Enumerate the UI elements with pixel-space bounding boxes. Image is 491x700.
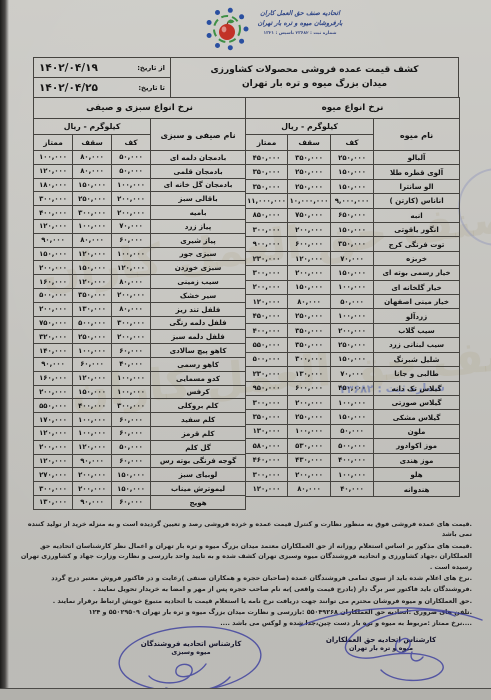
table-row: گیلاس تک دانه ۴۵۰,۰۰۰ ۶۰۰,۰۰۰ ۹۵۰,۰۰۰ <box>246 381 460 395</box>
veg-ceiling-cell: ۸۰,۰۰۰ <box>73 164 112 178</box>
veg-floor-cell: ۱۲۰,۰۰۰ <box>112 261 151 275</box>
fruit-premium-cell: ۳۰۰,۰۰۰ <box>246 467 288 481</box>
table-row: کاهو رسمی ۴۰,۰۰۰ ۶۰,۰۰۰ ۹۰,۰۰۰ <box>34 357 246 371</box>
veg-floor-cell: ۲۰۰,۰۰۰ <box>112 330 151 344</box>
table-row: هندوانه ۴۰,۰۰۰ ۸۰,۰۰۰ ۱۲۰,۰۰۰ <box>246 482 460 497</box>
fruit-floor-cell: ۱۵۰,۰۰۰ <box>331 223 374 237</box>
fruit-ceiling-cell: ۵۳۰,۰۰۰ <box>288 439 331 453</box>
veg-table-body: بادمجان دلمه ای ۵۰,۰۰۰ ۸۰,۰۰۰ ۱۰۰,۰۰۰ با… <box>34 151 246 510</box>
table-row: پیاز زرد ۷۰,۰۰۰ ۱۰۰,۰۰۰ ۱۲۰,۰۰۰ <box>34 219 246 233</box>
veg-premium-cell: ۳۲۰,۰۰۰ <box>34 330 73 344</box>
fruit-premium-cell: ۲۳۰,۰۰۰ <box>246 367 288 381</box>
veg-premium-cell: ۱۷۰,۰۰۰ <box>34 413 73 427</box>
scanned-price-list-document: اتحادیه صنف حق العمل کاران اتحادیه صنف ح… <box>0 0 491 700</box>
veg-ceiling-cell: ۳۵۰,۰۰۰ <box>73 288 112 302</box>
veg-section-title: نرخ انواع سبزی و صیفی <box>34 98 246 119</box>
fruit-premium-cell: ۲۳۰,۰۰۰ <box>246 251 288 265</box>
table-row: لوبیای سبز ۱۵۰,۰۰۰ ۲۰۰,۰۰۰ ۲۷۰,۰۰۰ <box>34 468 246 482</box>
fruit-name-cell: موز اکوادور <box>374 439 460 453</box>
veg-ceiling-cell: ۹۰,۰۰۰ <box>73 495 112 509</box>
veg-floor-cell: ۴۰,۰۰۰ <box>112 357 151 371</box>
veg-ceiling-cell: ۵۰۰,۰۰۰ <box>73 316 112 330</box>
to-date-cell: تا تاریخ: ۱۴۰۲/۰۴/۲۵ <box>33 77 171 98</box>
fruit-floor-cell: ۱۵۰,۰۰۰ <box>331 179 374 193</box>
veg-ceiling-cell: ۱۵۰,۰۰۰ <box>73 261 112 275</box>
veg-floor-cell: ۶۰,۰۰۰ <box>112 495 151 509</box>
table-row: کلم بروکلی ۳۰۰,۰۰۰ ۴۰۰,۰۰۰ ۵۵۰,۰۰۰ <box>34 399 246 413</box>
fruit-premium-cell: ۴۵۰,۰۰۰ <box>246 151 288 165</box>
table-row: بادمجان گل خانه ای ۱۰۰,۰۰۰ ۱۵۰,۰۰۰ ۱۸۰,۰… <box>34 178 246 192</box>
veg-premium-cell: ۵۰۰,۰۰۰ <box>34 288 73 302</box>
fruit-floor-cell: ۱۵۰,۰۰۰ <box>331 410 374 424</box>
fruit-section-title: نرخ انواع میوه <box>246 98 460 119</box>
veg-floor-cell: ۱۰۰,۰۰۰ <box>112 385 151 399</box>
table-row: باقالی سبز ۲۰۰,۰۰۰ ۲۵۰,۰۰۰ ۳۰۰,۰۰۰ <box>34 192 246 206</box>
veg-ceiling-cell: ۲۰۰,۰۰۰ <box>73 482 112 496</box>
fruit-floor-cell: ۱۵۰,۰۰۰ <box>331 165 374 179</box>
veg-name-cell: کرفس <box>151 385 246 399</box>
fruit-name-cell: خربزه <box>374 251 460 265</box>
veg-floor-cell: ۱۰۰,۰۰۰ <box>112 371 151 385</box>
fruit-col-floor: کف <box>331 135 374 151</box>
fruit-ceiling-cell: ۱۰,۰۰۰,۰۰۰ <box>288 194 331 208</box>
fruit-premium-cell: ۵۵۰,۰۰۰ <box>246 338 288 352</box>
fruit-floor-cell: ۱۰۰,۰۰۰ <box>331 395 374 409</box>
veg-premium-cell: ۱۵۰,۰۰۰ <box>34 247 73 261</box>
fruit-unit-header: کیلوگرم - ریال <box>246 119 374 135</box>
fruit-ceiling-cell: ۱۵۰,۰۰۰ <box>288 280 331 294</box>
fruit-name-header: نام میوه <box>374 119 460 151</box>
veg-floor-cell: ۵۰,۰۰۰ <box>112 164 151 178</box>
veg-premium-cell: ۹۰,۰۰۰ <box>34 233 73 247</box>
table-row: لیموترش میناب ۱۵۰,۰۰۰ ۲۰۰,۰۰۰ ۳۰۰,۰۰۰ <box>34 482 246 496</box>
table-row: سبزی خوردن ۱۲۰,۰۰۰ ۱۵۰,۰۰۰ ۲۰۰,۰۰۰ <box>34 261 246 275</box>
veg-floor-cell: ۵۰,۰۰۰ <box>112 440 151 454</box>
fruit-name-cell: ملون <box>374 424 460 438</box>
veg-premium-cell: ۱۶۰,۰۰۰ <box>34 275 73 289</box>
union-logo-icon <box>203 5 251 53</box>
veg-name-cell: فلفل تند ریز <box>151 302 246 316</box>
fruit-name-cell: هلو <box>374 467 460 481</box>
veg-premium-cell: ۱۲۰,۰۰۰ <box>34 454 73 468</box>
vegetable-price-table: نرخ انواع سبزی و صیفی نام صیفی و سبزی کی… <box>33 97 246 510</box>
veg-premium-cell: ۲۰۰,۰۰۰ <box>34 261 73 275</box>
veg-name-cell: هویج <box>151 495 246 509</box>
fruit-table-header: نرخ انواع میوه نام میوه کیلوگرم - ریال ک… <box>246 98 460 151</box>
fruit-name-cell: موز هندی <box>374 453 460 467</box>
table-row: گوجه فرنگی بوته رس ۶۰,۰۰۰ ۹۰,۰۰۰ ۱۲۰,۰۰۰ <box>34 454 246 468</box>
signature-title: کارشناس اتحادیه حق العملکاران <box>318 636 444 644</box>
veg-premium-cell: ۳۰۰,۰۰۰ <box>34 482 73 496</box>
from-date-cell: از تاریخ: ۱۴۰۲/۰۴/۱۹ <box>33 57 171 78</box>
fruit-name-cell: گیلاس مشکی <box>374 410 460 424</box>
fruit-premium-cell: ۳۰۰,۰۰۰ <box>246 266 288 280</box>
veg-name-cell: کلم قرمز <box>151 426 246 440</box>
fruit-name-cell: الو سانترا <box>374 179 460 193</box>
footnote-line: .فروشندگان باید فاکتور سر برگ دار (بادرج… <box>20 584 472 594</box>
veg-floor-cell: ۶۰,۰۰۰ <box>112 426 151 440</box>
fruit-price-table: نرخ انواع میوه نام میوه کیلوگرم - ریال ک… <box>245 97 460 497</box>
scan-left-edge <box>0 0 9 700</box>
veg-floor-cell: ۱۵۰,۰۰۰ <box>112 482 151 496</box>
veg-ceiling-cell: ۱۲۰,۰۰۰ <box>73 440 112 454</box>
veg-ceiling-cell: ۴۰۰,۰۰۰ <box>73 399 112 413</box>
title-line2: میدان بزرگ میوه و تره بار تهران <box>242 78 387 92</box>
fruit-ceiling-cell: ۶۰۰,۰۰۰ <box>288 381 331 395</box>
veg-floor-cell: ۸۰,۰۰۰ <box>112 275 151 289</box>
footnote-line: .قیمت های عمده فروشی فوق به منظور نظارت … <box>20 519 472 540</box>
fruit-premium-cell: ۱۳۰,۰۰۰ <box>246 424 288 438</box>
veg-ceiling-cell: ۱۰۰,۰۰۰ <box>73 413 112 427</box>
veg-floor-cell: ۳۰۰,۰۰۰ <box>112 316 151 330</box>
table-row: الو سانترا ۱۵۰,۰۰۰ ۲۵۰,۰۰۰ ۳۵۰,۰۰۰ <box>246 179 460 193</box>
fruit-floor-cell: ۲۵۰,۰۰۰ <box>331 338 374 352</box>
fruit-premium-cell: ۴۶۰,۰۰۰ <box>246 453 288 467</box>
fruit-ceiling-cell: ۲۵۰,۰۰۰ <box>288 165 331 179</box>
table-row: سیب لبنانی زرد ۲۵۰,۰۰۰ ۳۵۰,۰۰۰ ۵۵۰,۰۰۰ <box>246 338 460 352</box>
footnote-line: .تلفن های ضروری :اتحادیه حق العملکاران ۵… <box>20 607 472 617</box>
fruit-floor-cell: ۳۵۰,۰۰۰ <box>331 237 374 251</box>
fruit-name-cell: خیار رسمی بوته ای <box>374 266 460 280</box>
fruit-ceiling-cell: ۶۰۰,۰۰۰ <box>288 237 331 251</box>
fruit-premium-cell: ۳۵۰,۰۰۰ <box>246 179 288 193</box>
veg-floor-cell: ۸۰,۰۰۰ <box>112 302 151 316</box>
footnote-line: .قیمت های مذکور بر اساس استعلام روزانه ا… <box>20 541 472 572</box>
fruit-name-cell: گیلاس صورتی <box>374 395 460 409</box>
fruit-name-cell: آلبالو <box>374 151 460 165</box>
veg-floor-cell: ۷۰,۰۰۰ <box>112 219 151 233</box>
veg-name-cell: لوبیای سبز <box>151 468 246 482</box>
fruit-name-cell: شلیل شبرنگ <box>374 352 460 366</box>
from-date-label: از تاریخ: <box>137 64 165 72</box>
union-name-line2: بارفروشان میوه و تره بار تهران <box>252 19 348 29</box>
table-row: فلفل دلمه سبز ۲۰۰,۰۰۰ ۲۵۰,۰۰۰ ۳۲۰,۰۰۰ <box>34 330 246 344</box>
fruit-ceiling-cell: ۳۵۰,۰۰۰ <box>288 323 331 337</box>
table-row: انگور یاقوتی ۱۵۰,۰۰۰ ۲۰۰,۰۰۰ ۳۰۰,۰۰۰ <box>246 223 460 237</box>
union-registration-line: شماره ثبت : ۲۳۶۸۲ تاسیس : ۱۳۲۱ <box>252 31 348 38</box>
table-row: آلوی قطره طلا ۱۵۰,۰۰۰ ۲۵۰,۰۰۰ ۳۵۰,۰۰۰ <box>246 165 460 179</box>
veg-ceiling-cell: ۱۲۰,۰۰۰ <box>73 371 112 385</box>
veg-premium-cell: ۱۰۰,۰۰۰ <box>34 151 73 165</box>
table-row: آلبالو ۲۵۰,۰۰۰ ۳۵۰,۰۰۰ ۴۵۰,۰۰۰ <box>246 151 460 165</box>
table-row: سیر خشک ۲۰۰,۰۰۰ ۳۵۰,۰۰۰ ۵۰۰,۰۰۰ <box>34 288 246 302</box>
fruit-floor-cell: ۲۰۰,۰۰۰ <box>331 323 374 337</box>
veg-ceiling-cell: ۸۰,۰۰۰ <box>73 233 112 247</box>
veg-premium-cell: ۹۰,۰۰۰ <box>34 357 73 371</box>
fruit-ceiling-cell: ۱۰۰,۰۰۰ <box>288 424 331 438</box>
footnote-line: .نرخ های اعلام شده باید از سوی تمامی فرو… <box>20 573 472 583</box>
veg-floor-cell: ۶۰,۰۰۰ <box>112 454 151 468</box>
fruit-col-ceiling: سقف <box>288 135 331 151</box>
veg-floor-cell: ۱۵۰,۰۰۰ <box>112 468 151 482</box>
table-row: گیلاس مشکی ۱۵۰,۰۰۰ ۲۵۰,۰۰۰ ۳۵۰,۰۰۰ <box>246 410 460 424</box>
veg-name-cell: پیاز شیری <box>151 233 246 247</box>
veg-col-premium: ممتاز <box>34 135 73 151</box>
table-row: موز هندی ۴۰۰,۰۰۰ ۴۳۰,۰۰۰ ۴۶۰,۰۰۰ <box>246 453 460 467</box>
from-date-value: ۱۴۰۲/۰۴/۱۹ <box>39 62 98 74</box>
table-row: سبزی جور ۱۰۰,۰۰۰ ۱۲۰,۰۰۰ ۱۵۰,۰۰۰ <box>34 247 246 261</box>
veg-premium-cell: ۲۰۰,۰۰۰ <box>34 440 73 454</box>
table-row: کلم قرمز ۶۰,۰۰۰ ۱۰۰,۰۰۰ ۱۲۰,۰۰۰ <box>34 426 246 440</box>
fruit-premium-cell: ۳۵۰,۰۰۰ <box>246 165 288 179</box>
table-row: خیار مینی اصفهان ۵۰,۰۰۰ ۸۰,۰۰۰ ۱۲۰,۰۰۰ <box>246 295 460 309</box>
veg-floor-cell: ۵۰,۰۰۰ <box>112 151 151 165</box>
signature-subtitle: میوه وسبزی <box>128 648 254 656</box>
fruit-ceiling-cell: ۲۰۰,۰۰۰ <box>288 467 331 481</box>
veg-name-cell: بادمجان قلمی <box>151 164 246 178</box>
veg-premium-cell: ۲۰۰,۰۰۰ <box>34 385 73 399</box>
footnote-line: .حق العملکاران و میوه فروشان محترم می تو… <box>20 596 472 606</box>
table-row: هویج ۶۰,۰۰۰ ۹۰,۰۰۰ ۱۳۰,۰۰۰ <box>34 495 246 509</box>
veg-premium-cell: ۵۵۰,۰۰۰ <box>34 399 73 413</box>
veg-premium-cell: ۱۳۰,۰۰۰ <box>34 495 73 509</box>
table-row: شلیل شبرنگ ۱۵۰,۰۰۰ ۳۰۰,۰۰۰ ۵۰۰,۰۰۰ <box>246 352 460 366</box>
veg-floor-cell: ۶۰,۰۰۰ <box>112 233 151 247</box>
table-row: بادمجان قلمی ۵۰,۰۰۰ ۸۰,۰۰۰ ۱۲۰,۰۰۰ <box>34 164 246 178</box>
title-line1: کشف قیمت عمده فروشی محصولات کشاورزی <box>211 64 419 78</box>
fruit-floor-cell: ۵۰,۰۰۰ <box>331 424 374 438</box>
veg-floor-cell: ۶۰,۰۰۰ <box>112 344 151 358</box>
to-date-value: ۱۴۰۲/۰۴/۲۵ <box>39 82 98 94</box>
fruit-premium-cell: ۴۰۰,۰۰۰ <box>246 323 288 337</box>
veg-ceiling-cell: ۱۲۰,۰۰۰ <box>73 275 112 289</box>
to-date-label: تا تاریخ: <box>138 84 165 92</box>
table-row: طالبی و جانا ۷۰,۰۰۰ ۱۳۰,۰۰۰ ۲۳۰,۰۰۰ <box>246 367 460 381</box>
fruit-floor-cell: ۴۰۰,۰۰۰ <box>331 453 374 467</box>
veg-ceiling-cell: ۱۰۰,۰۰۰ <box>73 344 112 358</box>
fruit-name-cell: گیلاس تک دانه <box>374 381 460 395</box>
veg-ceiling-cell: ۶۰,۰۰۰ <box>73 357 112 371</box>
fruit-ceiling-cell: ۴۳۰,۰۰۰ <box>288 453 331 467</box>
table-row: کدو مسمایی ۱۰۰,۰۰۰ ۱۲۰,۰۰۰ ۱۶۰,۰۰۰ <box>34 371 246 385</box>
fruit-name-cell: خیار مینی اصفهان <box>374 295 460 309</box>
fruit-ceiling-cell: ۷۵۰,۰۰۰ <box>288 208 331 222</box>
table-row: کرفس ۱۰۰,۰۰۰ ۱۵۰,۰۰۰ ۲۰۰,۰۰۰ <box>34 385 246 399</box>
veg-name-cell: کاهو رسمی <box>151 357 246 371</box>
fruit-col-premium: ممتاز <box>246 135 288 151</box>
fruit-premium-cell: ۱۲۰,۰۰۰ <box>246 482 288 497</box>
veg-floor-cell: ۲۰۰,۰۰۰ <box>112 192 151 206</box>
veg-name-cell: باقالی سبز <box>151 192 246 206</box>
veg-floor-cell: ۱۰۰,۰۰۰ <box>112 178 151 192</box>
table-row: اناناس (کارتن ) ۹,۰۰۰,۰۰۰ ۱۰,۰۰۰,۰۰۰ ۱۱,… <box>246 194 460 208</box>
fruit-name-cell: خیار گلخانه ای <box>374 280 460 294</box>
union-logo-text: اتحادیه صنف حق العمل کاران بارفروشان میو… <box>252 9 348 38</box>
fruit-name-cell: آلوی قطره طلا <box>374 165 460 179</box>
fruit-ceiling-cell: ۲۵۰,۰۰۰ <box>288 309 331 323</box>
fruit-floor-cell: ۶۵۰,۰۰۰ <box>331 208 374 222</box>
veg-name-cell: لیموترش میناب <box>151 482 246 496</box>
fruit-floor-cell: ۵۰,۰۰۰ <box>331 295 374 309</box>
veg-ceiling-cell: ۱۳۰,۰۰۰ <box>73 302 112 316</box>
veg-floor-cell: ۱۰۰,۰۰۰ <box>112 247 151 261</box>
table-row: خربزه ۷۰,۰۰۰ ۱۲۰,۰۰۰ ۲۳۰,۰۰۰ <box>246 251 460 265</box>
fruit-premium-cell: ۴۵۰,۰۰۰ <box>246 309 288 323</box>
veg-name-cell: گوجه فرنگی بوته رس <box>151 454 246 468</box>
veg-name-cell: فلفل دلمه رنگی <box>151 316 246 330</box>
veg-premium-cell: ۱۲۰,۰۰۰ <box>34 219 73 233</box>
fruit-name-cell: اناناس (کارتن ) <box>374 194 460 208</box>
table-row: بامیه ۲۰۰,۰۰۰ ۳۰۰,۰۰۰ ۴۰۰,۰۰۰ <box>34 206 246 220</box>
scan-bottom-edge <box>0 688 491 700</box>
fruit-floor-cell: ۴۰,۰۰۰ <box>331 482 374 497</box>
veg-floor-cell: ۶۰,۰۰۰ <box>112 413 151 427</box>
veg-name-cell: کلم بروکلی <box>151 399 246 413</box>
fruit-floor-cell: ۷۰,۰۰۰ <box>331 367 374 381</box>
table-row: فلفل دلمه رنگی ۳۰۰,۰۰۰ ۵۰۰,۰۰۰ ۷۵۰,۰۰۰ <box>34 316 246 330</box>
veg-floor-cell: ۲۰۰,۰۰۰ <box>112 288 151 302</box>
fruit-premium-cell: ۹۰۰,۰۰۰ <box>246 237 288 251</box>
signature-title: کارشناس اتحادیه فروشندگان <box>128 640 254 648</box>
table-row: سیب زمینی ۸۰,۰۰۰ ۱۲۰,۰۰۰ ۱۶۰,۰۰۰ <box>34 275 246 289</box>
table-row: فلفل تند ریز ۸۰,۰۰۰ ۱۳۰,۰۰۰ ۲۰۰,۰۰۰ <box>34 302 246 316</box>
veg-premium-cell: ۱۴۰,۰۰۰ <box>34 344 73 358</box>
table-row: سیب گلاب ۲۰۰,۰۰۰ ۳۵۰,۰۰۰ ۴۰۰,۰۰۰ <box>246 323 460 337</box>
veg-name-cell: پیاز زرد <box>151 219 246 233</box>
veg-ceiling-cell: ۸۰,۰۰۰ <box>73 151 112 165</box>
fruit-name-cell: انبه <box>374 208 460 222</box>
table-row: ملون ۵۰,۰۰۰ ۱۰۰,۰۰۰ ۱۳۰,۰۰۰ <box>246 424 460 438</box>
veg-name-cell: بامیه <box>151 206 246 220</box>
table-row: کاهو پیچ سالادی ۶۰,۰۰۰ ۱۰۰,۰۰۰ ۱۴۰,۰۰۰ <box>34 344 246 358</box>
footnotes: .قیمت های عمده فروشی فوق به منظور نظارت … <box>20 519 472 630</box>
fruit-premium-cell: ۳۵۰,۰۰۰ <box>246 410 288 424</box>
veg-floor-cell: ۲۰۰,۰۰۰ <box>112 206 151 220</box>
document-title: کشف قیمت عمده فروشی محصولات کشاورزی میدا… <box>170 57 459 98</box>
fruit-floor-cell: ۱۵۰,۰۰۰ <box>331 266 374 280</box>
fruit-ceiling-cell: ۲۵۰,۰۰۰ <box>288 179 331 193</box>
signature-block-commission-agents: کارشناس اتحادیه حق العملکاران میوه و تره… <box>318 636 444 652</box>
table-row: انبه ۶۵۰,۰۰۰ ۷۵۰,۰۰۰ ۸۵۰,۰۰۰ <box>246 208 460 222</box>
fruit-name-cell: طالبی و جانا <box>374 367 460 381</box>
fruit-floor-cell: ۱۰۰,۰۰۰ <box>331 309 374 323</box>
fruit-premium-cell: ۱۲۰,۰۰۰ <box>246 295 288 309</box>
fruit-floor-cell: ۷۰,۰۰۰ <box>331 251 374 265</box>
fruit-premium-cell: ۱۱,۰۰۰,۰۰۰ <box>246 194 288 208</box>
fruit-ceiling-cell: ۲۰۰,۰۰۰ <box>288 266 331 280</box>
fruit-name-cell: انگور یاقوتی <box>374 223 460 237</box>
signature-block-sellers-union: کارشناس اتحادیه فروشندگان میوه وسبزی <box>128 640 254 656</box>
veg-floor-cell: ۳۰۰,۰۰۰ <box>112 399 151 413</box>
veg-premium-cell: ۲۰۰,۰۰۰ <box>34 302 73 316</box>
veg-name-cell: کلم سفید <box>151 413 246 427</box>
veg-name-cell: کاهو پیچ سالادی <box>151 344 246 358</box>
fruit-ceiling-cell: ۸۰,۰۰۰ <box>288 295 331 309</box>
veg-premium-cell: ۴۰۰,۰۰۰ <box>34 206 73 220</box>
veg-name-cell: فلفل دلمه سبز <box>151 330 246 344</box>
veg-name-cell: بادمجان گل خانه ای <box>151 178 246 192</box>
veg-name-cell: سبزی خوردن <box>151 261 246 275</box>
round-stamp-watermark <box>458 168 491 246</box>
veg-ceiling-cell: ۱۰۰,۰۰۰ <box>73 426 112 440</box>
veg-ceiling-cell: ۱۵۰,۰۰۰ <box>73 178 112 192</box>
table-row: کلم سفید ۶۰,۰۰۰ ۱۰۰,۰۰۰ ۱۷۰,۰۰۰ <box>34 413 246 427</box>
fruit-name-cell: سیب لبنانی زرد <box>374 338 460 352</box>
veg-name-cell: سبزی جور <box>151 247 246 261</box>
table-row: پیاز شیری ۶۰,۰۰۰ ۸۰,۰۰۰ ۹۰,۰۰۰ <box>34 233 246 247</box>
veg-ceiling-cell: ۱۵۰,۰۰۰ <box>73 385 112 399</box>
veg-name-cell: سیر خشک <box>151 288 246 302</box>
veg-premium-cell: ۱۸۰,۰۰۰ <box>34 178 73 192</box>
table-row: زردآلو ۱۰۰,۰۰۰ ۲۵۰,۰۰۰ ۴۵۰,۰۰۰ <box>246 309 460 323</box>
fruit-premium-cell: ۵۸۰,۰۰۰ <box>246 439 288 453</box>
fruit-floor-cell: ۵۰۰,۰۰۰ <box>331 439 374 453</box>
veg-premium-cell: ۱۶۰,۰۰۰ <box>34 371 73 385</box>
signature-subtitle: میوه و تره بار تهران <box>318 644 444 652</box>
veg-unit-header: کیلوگرم - ریال <box>34 119 151 135</box>
fruit-ceiling-cell: ۳۵۰,۰۰۰ <box>288 338 331 352</box>
veg-name-cell: گل کلم <box>151 440 246 454</box>
fruit-name-cell: زردآلو <box>374 309 460 323</box>
fruit-premium-cell: ۲۰۰,۰۰۰ <box>246 280 288 294</box>
table-row: گل کلم ۵۰,۰۰۰ ۱۲۰,۰۰۰ ۲۰۰,۰۰۰ <box>34 440 246 454</box>
veg-ceiling-cell: ۲۵۰,۰۰۰ <box>73 192 112 206</box>
table-row: خیار گلخانه ای ۱۰۰,۰۰۰ ۱۵۰,۰۰۰ ۲۰۰,۰۰۰ <box>246 280 460 294</box>
table-row: گیلاس صورتی ۱۰۰,۰۰۰ ۲۰۰,۰۰۰ ۳۰۰,۰۰۰ <box>246 395 460 409</box>
fruit-ceiling-cell: ۸۰,۰۰۰ <box>288 482 331 497</box>
fruit-floor-cell: ۴۵۰,۰۰۰ <box>331 381 374 395</box>
fruit-name-cell: هندوانه <box>374 482 460 497</box>
table-row: بادمجان دلمه ای ۵۰,۰۰۰ ۸۰,۰۰۰ ۱۰۰,۰۰۰ <box>34 151 246 165</box>
veg-ceiling-cell: ۲۵۰,۰۰۰ <box>73 330 112 344</box>
fruit-premium-cell: ۹۵۰,۰۰۰ <box>246 381 288 395</box>
footnote-line: ....نرخ ممتاز :مربوط به میوه و تره بار د… <box>20 618 472 628</box>
fruit-premium-cell: ۳۰۰,۰۰۰ <box>246 223 288 237</box>
fruit-ceiling-cell: ۲۰۰,۰۰۰ <box>288 223 331 237</box>
veg-ceiling-cell: ۲۰۰,۰۰۰ <box>73 468 112 482</box>
table-row: هلو ۱۰۰,۰۰۰ ۲۰۰,۰۰۰ ۳۰۰,۰۰۰ <box>246 467 460 481</box>
fruit-premium-cell: ۳۰۰,۰۰۰ <box>246 395 288 409</box>
veg-ceiling-cell: ۳۰۰,۰۰۰ <box>73 206 112 220</box>
table-row: توت فرنگی کرج ۳۵۰,۰۰۰ ۶۰۰,۰۰۰ ۹۰۰,۰۰۰ <box>246 237 460 251</box>
fruit-floor-cell: ۱۵۰,۰۰۰ <box>331 352 374 366</box>
veg-col-ceiling: سقف <box>73 135 112 151</box>
veg-ceiling-cell: ۱۰۰,۰۰۰ <box>73 219 112 233</box>
veg-premium-cell: ۷۵۰,۰۰۰ <box>34 316 73 330</box>
fruit-ceiling-cell: ۲۵۰,۰۰۰ <box>288 410 331 424</box>
veg-name-cell: سیب زمینی <box>151 275 246 289</box>
fruit-table-body: آلبالو ۲۵۰,۰۰۰ ۳۵۰,۰۰۰ ۴۵۰,۰۰۰ آلوی قطره… <box>246 151 460 497</box>
veg-premium-cell: ۳۰۰,۰۰۰ <box>34 192 73 206</box>
veg-name-cell: کدو مسمایی <box>151 371 246 385</box>
veg-name-cell: بادمجان دلمه ای <box>151 151 246 165</box>
veg-table-header: نرخ انواع سبزی و صیفی نام صیفی و سبزی کی… <box>34 98 246 151</box>
fruit-floor-cell: ۹,۰۰۰,۰۰۰ <box>331 194 374 208</box>
veg-ceiling-cell: ۹۰,۰۰۰ <box>73 454 112 468</box>
fruit-name-cell: سیب گلاب <box>374 323 460 337</box>
fruit-ceiling-cell: ۳۵۰,۰۰۰ <box>288 151 331 165</box>
fruit-floor-cell: ۱۰۰,۰۰۰ <box>331 280 374 294</box>
fruit-premium-cell: ۵۰۰,۰۰۰ <box>246 352 288 366</box>
fruit-ceiling-cell: ۲۰۰,۰۰۰ <box>288 395 331 409</box>
fruit-premium-cell: ۸۵۰,۰۰۰ <box>246 208 288 222</box>
fruit-floor-cell: ۲۵۰,۰۰۰ <box>331 151 374 165</box>
veg-premium-cell: ۱۲۰,۰۰۰ <box>34 164 73 178</box>
veg-ceiling-cell: ۱۲۰,۰۰۰ <box>73 247 112 261</box>
fruit-ceiling-cell: ۱۲۰,۰۰۰ <box>288 251 331 265</box>
veg-premium-cell: ۱۲۰,۰۰۰ <box>34 426 73 440</box>
table-row: خیار رسمی بوته ای ۱۵۰,۰۰۰ ۲۰۰,۰۰۰ ۳۰۰,۰۰… <box>246 266 460 280</box>
veg-name-header: نام صیفی و سبزی <box>151 119 246 151</box>
fruit-ceiling-cell: ۱۳۰,۰۰۰ <box>288 367 331 381</box>
fruit-ceiling-cell: ۳۰۰,۰۰۰ <box>288 352 331 366</box>
table-row: موز اکوادور ۵۰۰,۰۰۰ ۵۳۰,۰۰۰ ۵۸۰,۰۰۰ <box>246 439 460 453</box>
fruit-name-cell: توت فرنگی کرج <box>374 237 460 251</box>
fruit-floor-cell: ۱۰۰,۰۰۰ <box>331 467 374 481</box>
veg-premium-cell: ۲۷۰,۰۰۰ <box>34 468 73 482</box>
union-name-line1: اتحادیه صنف حق العمل کاران <box>252 9 348 19</box>
veg-col-floor: کف <box>112 135 151 151</box>
